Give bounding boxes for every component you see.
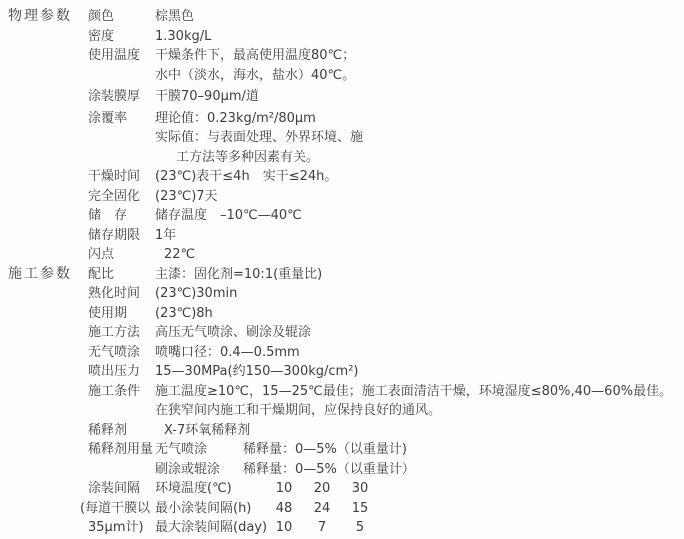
param-label: 干燥时间 [88, 167, 155, 187]
param-label: 配比 [88, 265, 155, 285]
param-row-thinner: 稀释剂X-7环氧稀释剂 [88, 421, 684, 441]
param-row-flash-point: 闪点22℃ [88, 245, 684, 265]
param-row-thinner-amount-spray: 稀释剂用量无气喷涂稀释量：0—5%（以重量计) [88, 440, 684, 460]
param-value: 1.30kg/L [155, 27, 211, 47]
param-label [88, 128, 155, 148]
param-label: 施工条件 [88, 382, 155, 402]
param-row-thinner-amount-brush: 刷涂或辊涂稀释量：0—5%（以重量计） [88, 460, 684, 480]
param-row-dry-time: 干燥时间(23℃)表干≤4h 实干≤24h。 [88, 167, 684, 187]
param-label [88, 460, 155, 480]
param-label: 储存期限 [88, 226, 155, 246]
param-label: 熟化时间 [88, 284, 155, 304]
param-label: 储 存 [88, 206, 155, 226]
interval-row-name: 最小涂装间隔(h) [155, 499, 265, 519]
param-value: 棕黑色 [155, 7, 194, 27]
param-row-spray-pressure: 喷出压力15—30MPa(约150—300kg/cm²) [88, 362, 684, 382]
interval-side-label: (每道干膜以 [88, 499, 155, 519]
interval-cell: 15 [341, 499, 379, 519]
thinner-amount: 稀释量：0—5%（以重量计） [243, 460, 415, 480]
param-row-mix-ratio: 配比主漆：固化剂=10:1(重量比) [88, 265, 684, 285]
param-label: 稀释剂用量 [88, 440, 155, 460]
param-row-application-method: 施工方法高压无气喷涂、刷涂及辊涂 [88, 323, 684, 343]
param-value: 高压无气喷涂、刷涂及辊涂 [155, 323, 311, 343]
param-value: 水中（淡水，海水，盐水）40℃。 [155, 66, 355, 86]
thinner-method: 无气喷涂 [155, 440, 243, 460]
param-row-coverage-cont1: 实际值：与表面处理、外界环境、施 [88, 128, 684, 148]
param-label [88, 66, 155, 86]
interval-cell: 5 [341, 518, 379, 538]
param-row-coverage: 涂覆率理论值：0.23kg/m²/80μm [88, 109, 684, 129]
param-label [88, 148, 155, 168]
interval-side-label: 涂装间隔 [88, 479, 155, 499]
param-value: 干膜70–90μm/道 [155, 87, 259, 107]
param-value: (23℃)7天 [155, 187, 218, 207]
param-row-service-temp: 使用温度干燥条件下，最高使用温度80℃； [88, 46, 684, 66]
interval-cell: 30 [341, 479, 379, 499]
interval-cell: 20 [303, 479, 341, 499]
interval-table-row-temp: 涂装间隔环境温度(℃)102030 [88, 479, 684, 499]
param-row-film-thickness: 涂装膜厚干膜70–90μm/道 [88, 87, 684, 107]
thinner-method: 刷涂或辊涂 [155, 460, 243, 480]
interval-cell: 7 [303, 518, 341, 538]
param-value: (23℃)30min [155, 284, 237, 304]
construction-params-title: 施工参数 [8, 265, 88, 285]
param-label: 闪点 [88, 245, 155, 265]
param-label: 涂装膜厚 [88, 87, 155, 107]
construction-params-section: 施工参数 配比主漆：固化剂=10:1(重量比) 熟化时间(23℃)30min 使… [8, 265, 684, 538]
param-value: 22℃ [155, 245, 195, 265]
param-value: 15—30MPa(约150—300kg/cm²) [155, 362, 358, 382]
param-value: 喷嘴口径：0.4—0.5mm [155, 343, 300, 363]
interval-row-name: 环境温度(℃) [155, 479, 265, 499]
param-label: 使用温度 [88, 46, 155, 66]
param-label: 密度 [88, 27, 155, 47]
param-value: 主漆：固化剂=10:1(重量比) [155, 265, 322, 285]
param-row-density: 密度1.30kg/L [88, 27, 684, 47]
param-label: 颜色 [88, 7, 155, 27]
param-row-color: 颜色棕黑色 [88, 7, 684, 27]
param-value: 工方法等多种因素有关。 [155, 148, 319, 168]
param-row-airless-spray: 无气喷涂喷嘴口径：0.4—0.5mm [88, 343, 684, 363]
interval-cell: 10 [265, 518, 303, 538]
thinner-amount: 稀释量：0—5%（以重量计) [243, 440, 407, 460]
param-label: 涂覆率 [88, 109, 155, 129]
param-row-full-cure: 完全固化(23℃)7天 [88, 187, 684, 207]
interval-row-name: 最大涂装间隔(day) [155, 518, 265, 538]
physical-params-section: 物理参数 颜色棕黑色 密度1.30kg/L 使用温度干燥条件下，最高使用温度80… [8, 7, 684, 265]
interval-table-row-min: (每道干膜以最小涂装间隔(h)482415 [88, 499, 684, 519]
interval-table-row-max: 35μm计)最大涂装间隔(day)1075 [88, 518, 684, 538]
param-value: (23℃)表干≤4h 实干≤24h。 [155, 167, 337, 187]
param-row-application-conditions-cont: 在狭窄间内施工和干燥期间，应保持良好的通风。 [88, 401, 684, 421]
param-value: 理论值：0.23kg/m²/80μm [155, 109, 316, 129]
construction-params-rows: 配比主漆：固化剂=10:1(重量比) 熟化时间(23℃)30min 使用期(23… [88, 265, 684, 538]
param-row-coverage-cont2: 工方法等多种因素有关。 [88, 148, 684, 168]
param-row-induction-time: 熟化时间(23℃)30min [88, 284, 684, 304]
param-row-storage: 储 存储存温度 –10℃—40℃ [88, 206, 684, 226]
param-value: 实际值：与表面处理、外界环境、施 [155, 128, 363, 148]
physical-params-title: 物理参数 [8, 7, 88, 27]
param-value: 施工温度≥10℃，15—25℃最佳；施工表面清洁干燥，环境湿度≤80%,40—6… [155, 382, 672, 402]
param-label: 无气喷涂 [88, 343, 155, 363]
param-row-pot-life: 使用期(23℃)8h [88, 304, 684, 324]
param-label: 喷出压力 [88, 362, 155, 382]
param-label: 完全固化 [88, 187, 155, 207]
param-label: 施工方法 [88, 323, 155, 343]
param-value: (23℃)8h [155, 304, 213, 324]
interval-cell: 10 [265, 479, 303, 499]
param-label [88, 401, 155, 421]
param-label: 使用期 [88, 304, 155, 324]
param-value: 干燥条件下，最高使用温度80℃； [155, 46, 355, 66]
param-value: 储存温度 –10℃—40℃ [155, 206, 302, 226]
param-row-application-conditions: 施工条件施工温度≥10℃，15—25℃最佳；施工表面清洁干燥，环境湿度≤80%,… [88, 382, 684, 402]
physical-params-rows: 颜色棕黑色 密度1.30kg/L 使用温度干燥条件下，最高使用温度80℃； 水中… [88, 7, 684, 265]
document-page: 物理参数 颜色棕黑色 密度1.30kg/L 使用温度干燥条件下，最高使用温度80… [0, 0, 684, 538]
param-row-shelf-life: 储存期限1年 [88, 226, 684, 246]
interval-cell: 48 [265, 499, 303, 519]
param-value: 在狭窄间内施工和干燥期间，应保持良好的通风。 [155, 401, 441, 421]
param-value: X-7环氧稀释剂 [155, 421, 250, 441]
interval-side-label: 35μm计) [88, 518, 155, 538]
param-value: 1年 [155, 226, 176, 246]
interval-cell: 24 [303, 499, 341, 519]
param-label: 稀释剂 [88, 421, 155, 441]
param-row-service-temp-cont: 水中（淡水，海水，盐水）40℃。 [88, 66, 684, 86]
